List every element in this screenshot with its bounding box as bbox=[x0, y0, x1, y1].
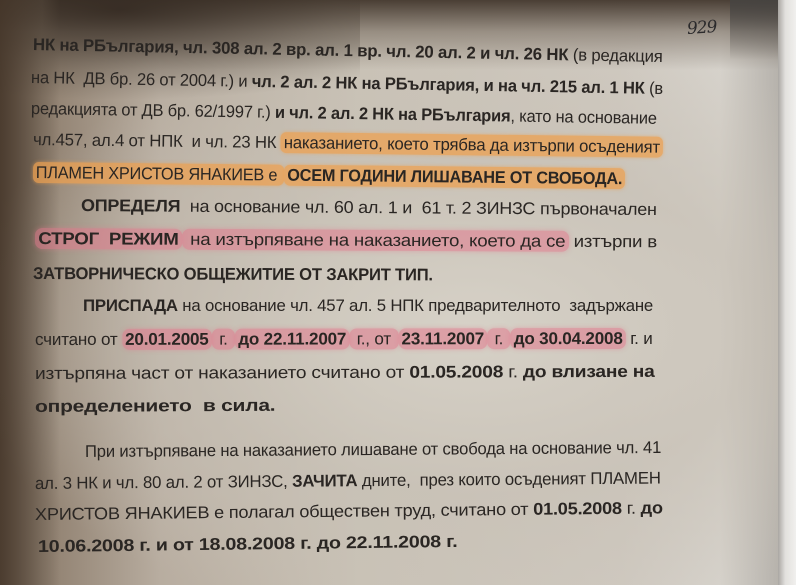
text-segment: на основание чл. 60 ал. 1 и 61 т. 2 ЗИНЗ… bbox=[180, 197, 657, 219]
document-line: 10.06.2008 г. и от 18.08.2008 г. до 22.1… bbox=[38, 532, 458, 557]
highlighted-text-pink: г. bbox=[212, 329, 236, 350]
text-segment: ХРИСТОВ ЯНАКИЕВ е полагал обществен труд… bbox=[35, 500, 533, 524]
text-segment: изтърпи в bbox=[569, 232, 657, 251]
document-line: ЗАТВОРНИЧЕСКО ОБЩЕЖИТИЕ ОТ ЗАКРИТ ТИП. bbox=[33, 264, 433, 285]
document-line: изтърпяна част от наказанието считано от… bbox=[35, 362, 655, 384]
text-segment: , като на основание bbox=[510, 107, 657, 128]
text-segment: чл. 2 ал. 2 НК на РБългария, и на чл. 21… bbox=[252, 72, 645, 98]
document-line: ПРИСПАДА на основание чл. 457 ал. 5 НПК … bbox=[83, 296, 653, 316]
document-line: редакцията от ДВ бр. 62/1997 г.) и чл. 2… bbox=[31, 99, 657, 129]
document-line: ОПРЕДЕЛЯ на основание чл. 60 ал. 1 и 61 … bbox=[81, 196, 657, 220]
text-segment: изтърпяна част от наказанието считано от bbox=[35, 363, 409, 383]
highlighted-text-pink: г. bbox=[487, 328, 511, 349]
highlighted-text-pink: до 30.04.2008 bbox=[511, 328, 626, 349]
text-segment: редакцията от ДВ бр. 62/1997 г.) bbox=[31, 99, 275, 122]
text-segment: дните, през които осъденият ПЛАМЕН bbox=[357, 469, 660, 491]
text-segment: (в редакция bbox=[568, 45, 663, 66]
highlighted-text-orange: наказанието, което трябва да изтърпи осъ… bbox=[281, 132, 663, 158]
highlighted-text-orange: ПЛАМЕН ХРИСТОВ ЯНАКИЕВ е bbox=[33, 162, 285, 186]
highlighted-text-pink: 20.01.2005 bbox=[122, 329, 212, 350]
text-segment: на НК ДВ бр. 26 от 2004 г.) и bbox=[31, 68, 252, 91]
document-line: НК на РБългария, чл. 308 ал. 2 вр. ал. 1… bbox=[33, 35, 663, 67]
highlighted-text-pink: на изтърпяване на наказанието, което да … bbox=[182, 229, 569, 252]
text-segment: 01.05.2008 bbox=[533, 499, 622, 519]
document-line: считано от 20.01.2005 г. до 22.11.2007 г… bbox=[35, 329, 653, 350]
text-segment: ЗАТВОРНИЧЕСКО ОБЩЕЖИТИЕ ОТ ЗАКРИТ ТИП. bbox=[33, 264, 433, 284]
highlighted-text-pink: СТРОГ РЕЖИМ bbox=[35, 228, 182, 250]
text-segment: При изтърпяване на наказанието лишаване … bbox=[85, 438, 661, 461]
document-line: ПЛАМЕН ХРИСТОВ ЯНАКИЕВ е ОСЕМ ГОДИНИ ЛИШ… bbox=[33, 163, 625, 189]
text-segment: НК на РБългария, чл. 308 ал. 2 вр. ал. 1… bbox=[33, 35, 569, 64]
document-line: на НК ДВ бр. 26 от 2004 г.) и чл. 2 ал. … bbox=[31, 68, 663, 99]
text-segment: на основание чл. 457 ал. 5 НПК предварит… bbox=[178, 296, 653, 315]
text-segment: ал. 3 НК и чл. 80 ал. 2 от ЗИНЗС, bbox=[35, 472, 292, 493]
text-segment: определението в сила. bbox=[35, 396, 275, 416]
document-line: ХРИСТОВ ЯНАКИЕВ е полагал обществен труд… bbox=[35, 498, 663, 525]
document-photo: 929 НК на РБългария, чл. 308 ал. 2 вр. а… bbox=[0, 0, 796, 585]
text-segment: до влизане на bbox=[523, 362, 655, 381]
text-segment: до bbox=[640, 498, 662, 517]
document-line: При изтърпяване на наказанието лишаване … bbox=[85, 438, 661, 462]
text-segment: (в bbox=[644, 79, 663, 98]
highlighted-text-pink: до 22.11.2007 bbox=[235, 328, 349, 349]
text-segment: 01.05.2008 bbox=[409, 362, 503, 381]
highlighted-text-orange: ОСЕМ ГОДИНИ ЛИШАВАНЕ ОТ СВОБОДА. bbox=[284, 165, 625, 190]
text-segment: 10.06.2008 г. и от 18.08.2008 г. до 22.1… bbox=[38, 532, 458, 556]
text-segment: г. bbox=[503, 362, 523, 381]
document-line: чл.457, ал.4 от НПК и чл. 23 НК наказани… bbox=[33, 130, 663, 158]
highlighted-text-pink: г., от bbox=[349, 328, 398, 349]
highlighted-text-pink: 23.11.2007 bbox=[398, 328, 487, 349]
document-line: ал. 3 НК и чл. 80 ал. 2 от ЗИНЗС, ЗАЧИТА… bbox=[35, 469, 661, 494]
document-line: определението в сила. bbox=[35, 396, 275, 417]
document-line: СТРОГ РЕЖИМ на изтърпяване на наказаниет… bbox=[35, 229, 657, 252]
text-segment: ОПРЕДЕЛЯ bbox=[81, 196, 180, 216]
text-segment: г. и bbox=[626, 329, 653, 348]
text-segment: ПРИСПАДА bbox=[83, 296, 178, 315]
text-segment: чл.457, ал.4 от НПК и чл. 23 НК bbox=[33, 130, 281, 152]
text-segment: г. bbox=[622, 499, 641, 518]
document-text: НК на РБългария, чл. 308 ал. 2 вр. ал. 1… bbox=[0, 0, 796, 585]
text-segment: считано от bbox=[35, 330, 122, 349]
text-segment: ЗАЧИТА bbox=[292, 471, 358, 491]
text-segment: и чл. 2 ал. 2 НК на РБългария bbox=[275, 103, 511, 126]
